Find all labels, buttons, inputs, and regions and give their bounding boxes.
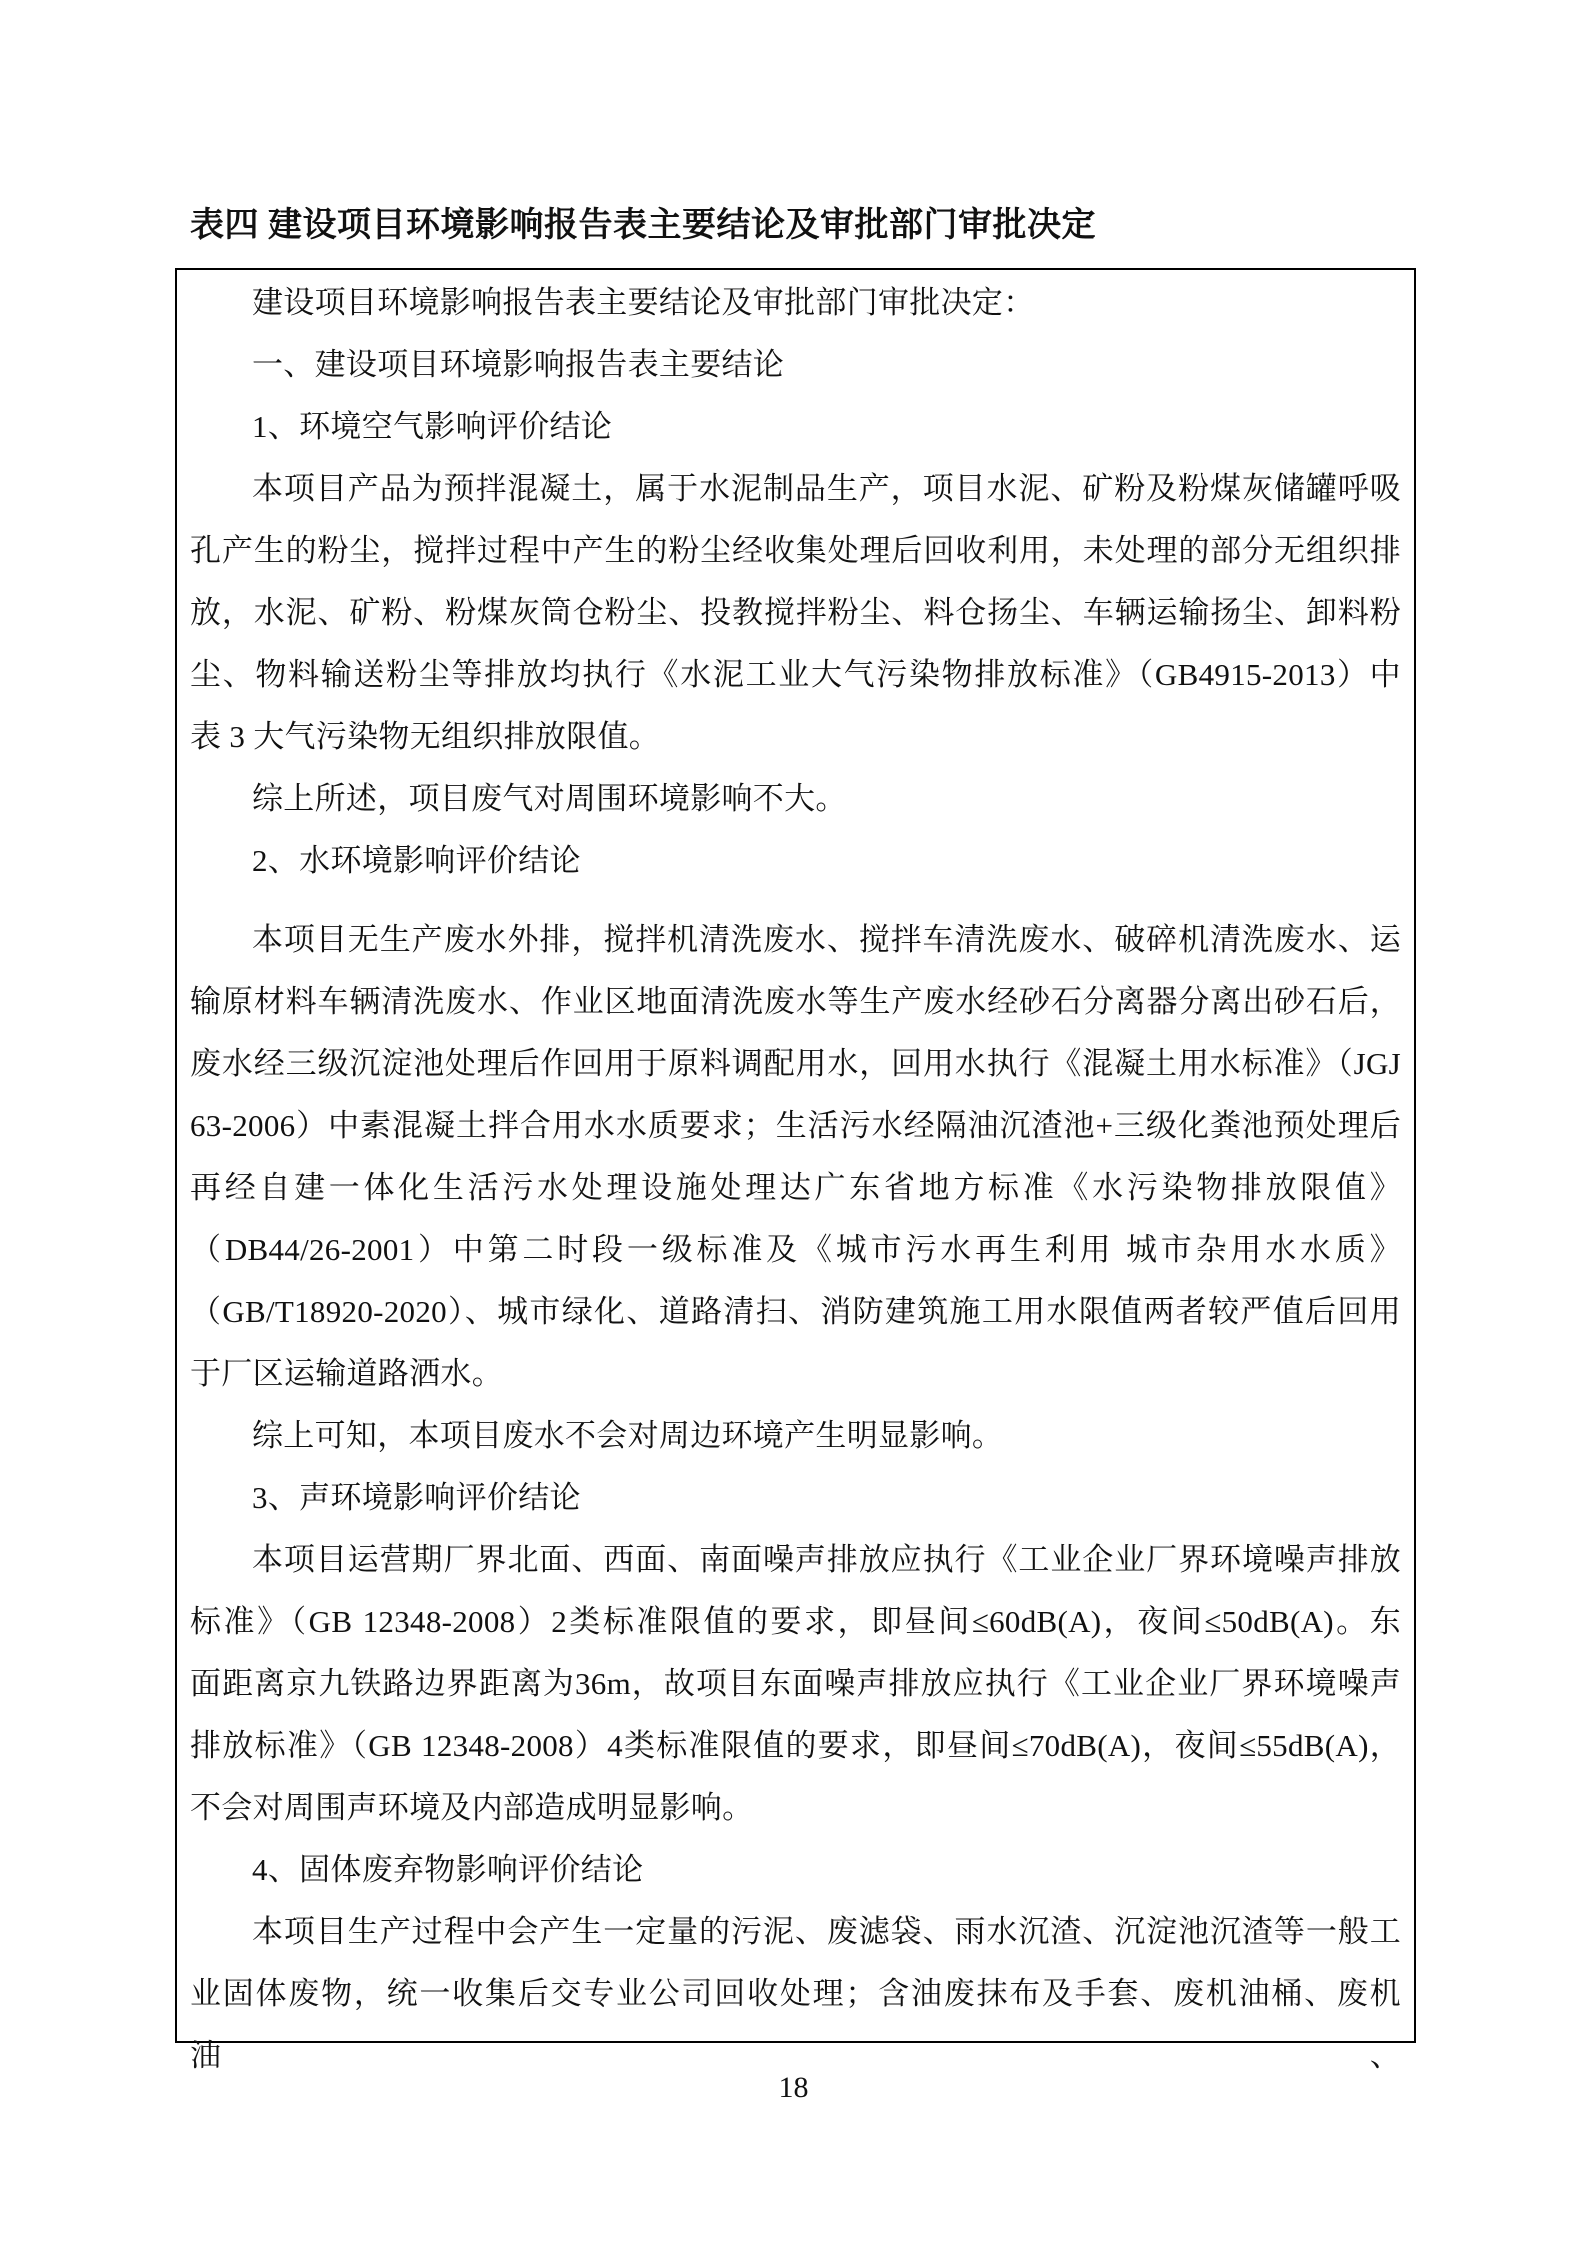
report-content-box: 建设项目环境影响报告表主要结论及审批部门审批决定：一、建设项目环境影响报告表主要… — [175, 268, 1416, 2043]
text-line: 不会对周围声环境及内部造成明显影响。 — [190, 1777, 1401, 1839]
text-line: 3、声环境影响评价结论 — [190, 1467, 1401, 1529]
page-title: 表四 建设项目环境影响报告表主要结论及审批部门审批决定 — [190, 204, 1096, 248]
text-line: 建设项目环境影响报告表主要结论及审批部门审批决定： — [190, 272, 1401, 334]
text-line: 排放标准》（GB 12348-2008）4类标准限值的要求，即昼间≤70dB(A… — [190, 1715, 1401, 1777]
text-line: 孔产生的粉尘，搅拌过程中产生的粉尘经收集处理后回收利用，未处理的部分无组织排 — [190, 520, 1401, 582]
text-line: 综上所述，项目废气对周围环境影响不大。 — [190, 768, 1401, 830]
text-line: 一、建设项目环境影响报告表主要结论 — [190, 334, 1401, 396]
text-line: 本项目生产过程中会产生一定量的污泥、废滤袋、雨水沉渣、沉淀池沉渣等一般工 — [190, 1901, 1401, 1963]
text-line: 面距离京九铁路边界距离为36m，故项目东面噪声排放应执行《工业企业厂界环境噪声 — [190, 1653, 1401, 1715]
text-line: 本项目运营期厂界北面、西面、南面噪声排放应执行《工业企业厂界环境噪声排放 — [190, 1529, 1401, 1591]
text-line: 63-2006）中素混凝土拌合用水水质要求；生活污水经隔油沉渣池+三级化粪池预处… — [190, 1095, 1401, 1157]
text-line: 于厂区运输道路洒水。 — [190, 1343, 1401, 1405]
text-line: 输原材料车辆清洗废水、作业区地面清洗废水等生产废水经砂石分离器分离出砂石后， — [190, 971, 1401, 1033]
text-line: 4、固体废弃物影响评价结论 — [190, 1839, 1401, 1901]
text-line: 再经自建一体化生活污水处理设施处理达广东省地方标准《水污染物排放限值》 — [190, 1157, 1401, 1219]
text-line: （GB/T18920-2020）、城市绿化、道路清扫、消防建筑施工用水限值两者较… — [190, 1281, 1401, 1343]
text-line: 废水经三级沉淀池处理后作回用于原料调配用水，回用水执行《混凝土用水标准》（JGJ — [190, 1033, 1401, 1095]
text-line: 2、水环境影响评价结论 — [190, 830, 1401, 892]
text-line: 本项目无生产废水外排，搅拌机清洗废水、搅拌车清洗废水、破碎机清洗废水、运 — [190, 909, 1401, 971]
text-line: 尘、物料输送粉尘等排放均执行《水泥工业大气污染物排放标准》（GB4915-201… — [190, 644, 1401, 706]
text-line: 标准》（GB 12348-2008）2类标准限值的要求，即昼间≤60dB(A)，… — [190, 1591, 1401, 1653]
text-line: 表 3 大气污染物无组织排放限值。 — [190, 706, 1401, 768]
page-number: 18 — [0, 2070, 1587, 2106]
report-text: 建设项目环境影响报告表主要结论及审批部门审批决定：一、建设项目环境影响报告表主要… — [190, 272, 1401, 2087]
text-line: 1、环境空气影响评价结论 — [190, 396, 1401, 458]
text-line: 综上可知，本项目废水不会对周边环境产生明显影响。 — [190, 1405, 1401, 1467]
text-line: 业固体废物，统一收集后交专业公司回收处理；含油废抹布及手套、废机油桶、废机油、 — [190, 1963, 1401, 2087]
text-line: 放，水泥、矿粉、粉煤灰筒仓粉尘、投教搅拌粉尘、料仓扬尘、车辆运输扬尘、卸料粉 — [190, 582, 1401, 644]
text-line: 本项目产品为预拌混凝土，属于水泥制品生产，项目水泥、矿粉及粉煤灰储罐呼吸 — [190, 458, 1401, 520]
text-line: （DB44/26-2001）中第二时段一级标准及《城市污水再生利用 城市杂用水水… — [190, 1219, 1401, 1281]
